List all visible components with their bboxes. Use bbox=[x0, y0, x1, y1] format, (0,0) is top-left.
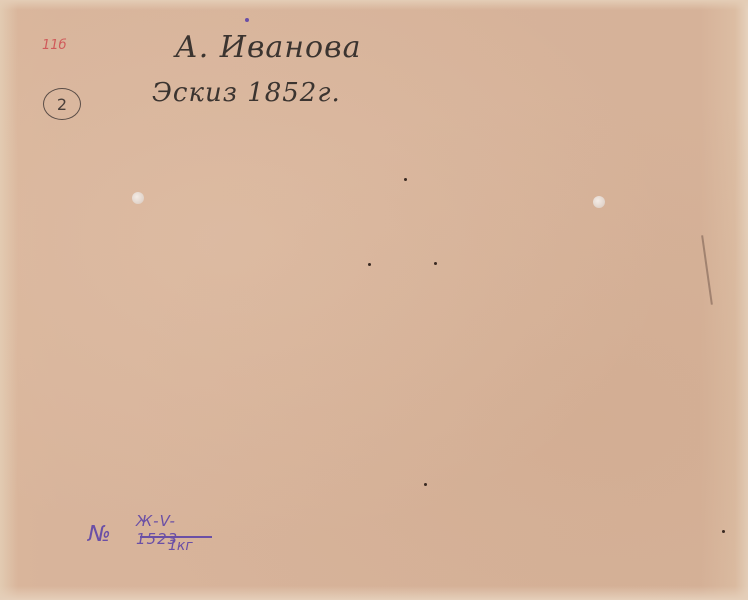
author-inscription: А. Иванова bbox=[175, 30, 361, 65]
speck bbox=[368, 263, 371, 266]
nail-hole-left bbox=[132, 192, 144, 204]
top-edge bbox=[0, 0, 748, 10]
circled-number-text: 2 bbox=[57, 95, 67, 114]
stamp-prefix: № bbox=[88, 522, 111, 547]
purple-ink-dot bbox=[245, 18, 249, 22]
speck bbox=[424, 483, 427, 486]
cardboard-back: 11б А. Иванова 2 Эскиз 1852г. № Ж-V-1523… bbox=[0, 0, 748, 600]
pencil-scratch bbox=[701, 235, 713, 305]
red-inventory-number: 11б bbox=[42, 38, 67, 53]
circled-number: 2 bbox=[43, 88, 81, 120]
stamp-denominator: 1кг bbox=[168, 538, 193, 554]
title-date-inscription: Эскиз 1852г. bbox=[152, 78, 341, 108]
bottom-edge bbox=[0, 586, 748, 600]
nail-hole-right bbox=[593, 196, 605, 208]
speck bbox=[404, 178, 407, 181]
speck bbox=[722, 530, 725, 533]
speck bbox=[434, 262, 437, 265]
